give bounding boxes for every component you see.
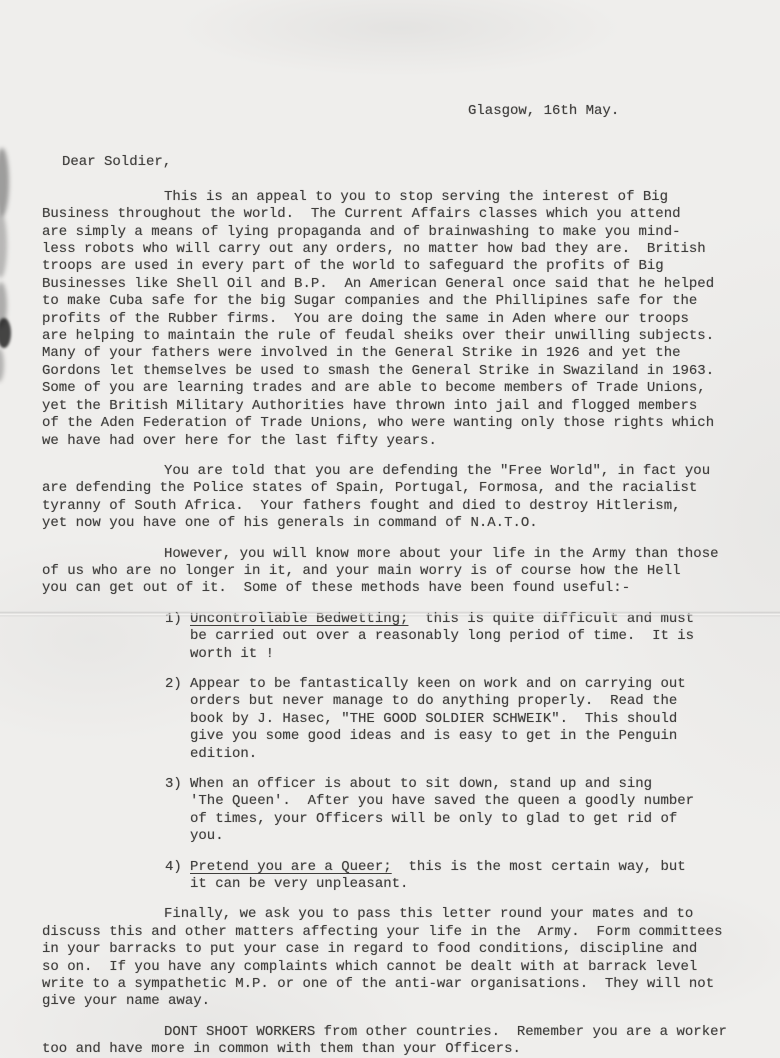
scanned-letter-page: Glasgow, 16th May. Dear Soldier, This is… (0, 0, 780, 1058)
text-line: give you some good ideas and is easy to … (190, 728, 760, 745)
paragraph-dont-shoot: DONT SHOOT WORKERS from other countries.… (42, 1024, 760, 1058)
text-line: This is an appeal to you to stop serving… (42, 189, 760, 206)
list-item-3: 3)When an officer is about to sit down, … (165, 776, 760, 846)
text-line: You are told that you are defending the … (42, 463, 760, 480)
text-line: worth it ! (190, 646, 760, 663)
letter-salutation: Dear Soldier, (62, 154, 760, 171)
text-line: Finally, we ask you to pass this letter … (42, 906, 760, 923)
text-line: you. (190, 828, 760, 845)
text-line: yet now you have one of his generals in … (42, 515, 760, 532)
list-item-text: Uncontrollable Bedwetting; this is quite… (190, 611, 760, 663)
text-line: book by J. Hasec, "THE GOOD SOLDIER SCHW… (190, 711, 760, 728)
text-line: you can get out of it. Some of these met… (42, 580, 760, 597)
list-item-4: 4)Pretend you are a Queer; this is the m… (165, 859, 760, 894)
list-item-text: Appear to be fantastically keen on work … (190, 676, 760, 763)
text-line: be carried out over a reasonably long pe… (190, 628, 760, 645)
text-span: When an officer is about to sit down, st… (190, 776, 652, 792)
text-line: edition. (190, 746, 760, 763)
text-line: in your barracks to put your case in reg… (42, 941, 760, 958)
list-item-number: 3) (165, 776, 190, 846)
paragraph-finally: Finally, we ask you to pass this letter … (42, 906, 760, 1010)
list-item-text: When an officer is about to sit down, st… (190, 776, 760, 846)
text-line: we have had over here for the last fifty… (42, 433, 760, 450)
text-line: less robots who will carry out any order… (42, 241, 760, 258)
text-line: give your name away. (42, 993, 760, 1010)
text-line: of times, your Officers will be only to … (190, 811, 760, 828)
text-span: this is quite difficult and must (408, 611, 694, 627)
text-line: yet the British Military Authorities hav… (42, 398, 760, 415)
text-line: orders but never manage to do anything p… (190, 693, 760, 710)
list-item-number: 1) (165, 611, 190, 663)
text-line: Some of you are learning trades and are … (42, 380, 760, 397)
text-line: However, you will know more about your l… (42, 546, 760, 563)
text-line: Uncontrollable Bedwetting; this is quite… (190, 611, 760, 628)
text-line: tyranny of South Africa. Your fathers fo… (42, 498, 760, 515)
paragraph-appeal: This is an appeal to you to stop serving… (42, 189, 760, 450)
letter-dateline: Glasgow, 16th May. (468, 103, 760, 120)
text-line: are helping to maintain the rule of feud… (42, 328, 760, 345)
text-line: Businesses like Shell Oil and B.P. An Am… (42, 276, 760, 293)
text-line: it can be very unpleasant. (190, 876, 760, 893)
text-line: Appear to be fantastically keen on work … (190, 676, 760, 693)
text-span: this is the most certain way, but (392, 859, 686, 875)
text-line: are defending the Police states of Spain… (42, 480, 760, 497)
underlined-phrase: Uncontrollable Bedwetting; (190, 611, 408, 627)
text-line: of us who are no longer in it, and your … (42, 563, 760, 580)
list-item-2: 2)Appear to be fantastically keen on wor… (165, 676, 760, 763)
text-line: When an officer is about to sit down, st… (190, 776, 760, 793)
text-span: Appear to be fantastically keen on work … (190, 676, 686, 692)
list-item-number: 2) (165, 676, 190, 763)
text-line: write to a sympathetic M.P. or one of th… (42, 976, 760, 993)
text-line: troops are used in every part of the wor… (42, 258, 760, 275)
text-line: Many of your fathers were involved in th… (42, 345, 760, 362)
text-line: so on. If you have any complaints which … (42, 959, 760, 976)
paragraph-free-world: You are told that you are defending the … (42, 463, 760, 533)
list-item-text: Pretend you are a Queer; this is the mos… (190, 859, 760, 894)
text-line: Business throughout the world. The Curre… (42, 206, 760, 223)
letter-body: This is an appeal to you to stop serving… (42, 189, 760, 1058)
underlined-phrase: Pretend you are a Queer; (190, 859, 392, 875)
text-line: 'The Queen'. After you have saved the qu… (190, 793, 760, 810)
text-line: of the Aden Federation of Trade Unions, … (42, 415, 760, 432)
letter-content: Glasgow, 16th May. Dear Soldier, This is… (0, 0, 780, 1058)
text-line: to make Cuba safe for the big Sugar comp… (42, 293, 760, 310)
list-item-1: 1)Uncontrollable Bedwetting; this is qui… (165, 611, 760, 663)
paragraph-methods-intro: However, you will know more about your l… (42, 546, 760, 598)
text-line: too and have more in common with them th… (42, 1041, 760, 1058)
text-line: are simply a means of lying propaganda a… (42, 224, 760, 241)
list-item-number: 4) (165, 859, 190, 894)
text-line: profits of the Rubber firms. You are doi… (42, 311, 760, 328)
text-line: discuss this and other matters affecting… (42, 924, 760, 941)
text-line: Gordons let themselves be used to smash … (42, 363, 760, 380)
text-line: Pretend you are a Queer; this is the mos… (190, 859, 760, 876)
text-line: DONT SHOOT WORKERS from other countries.… (42, 1024, 760, 1041)
